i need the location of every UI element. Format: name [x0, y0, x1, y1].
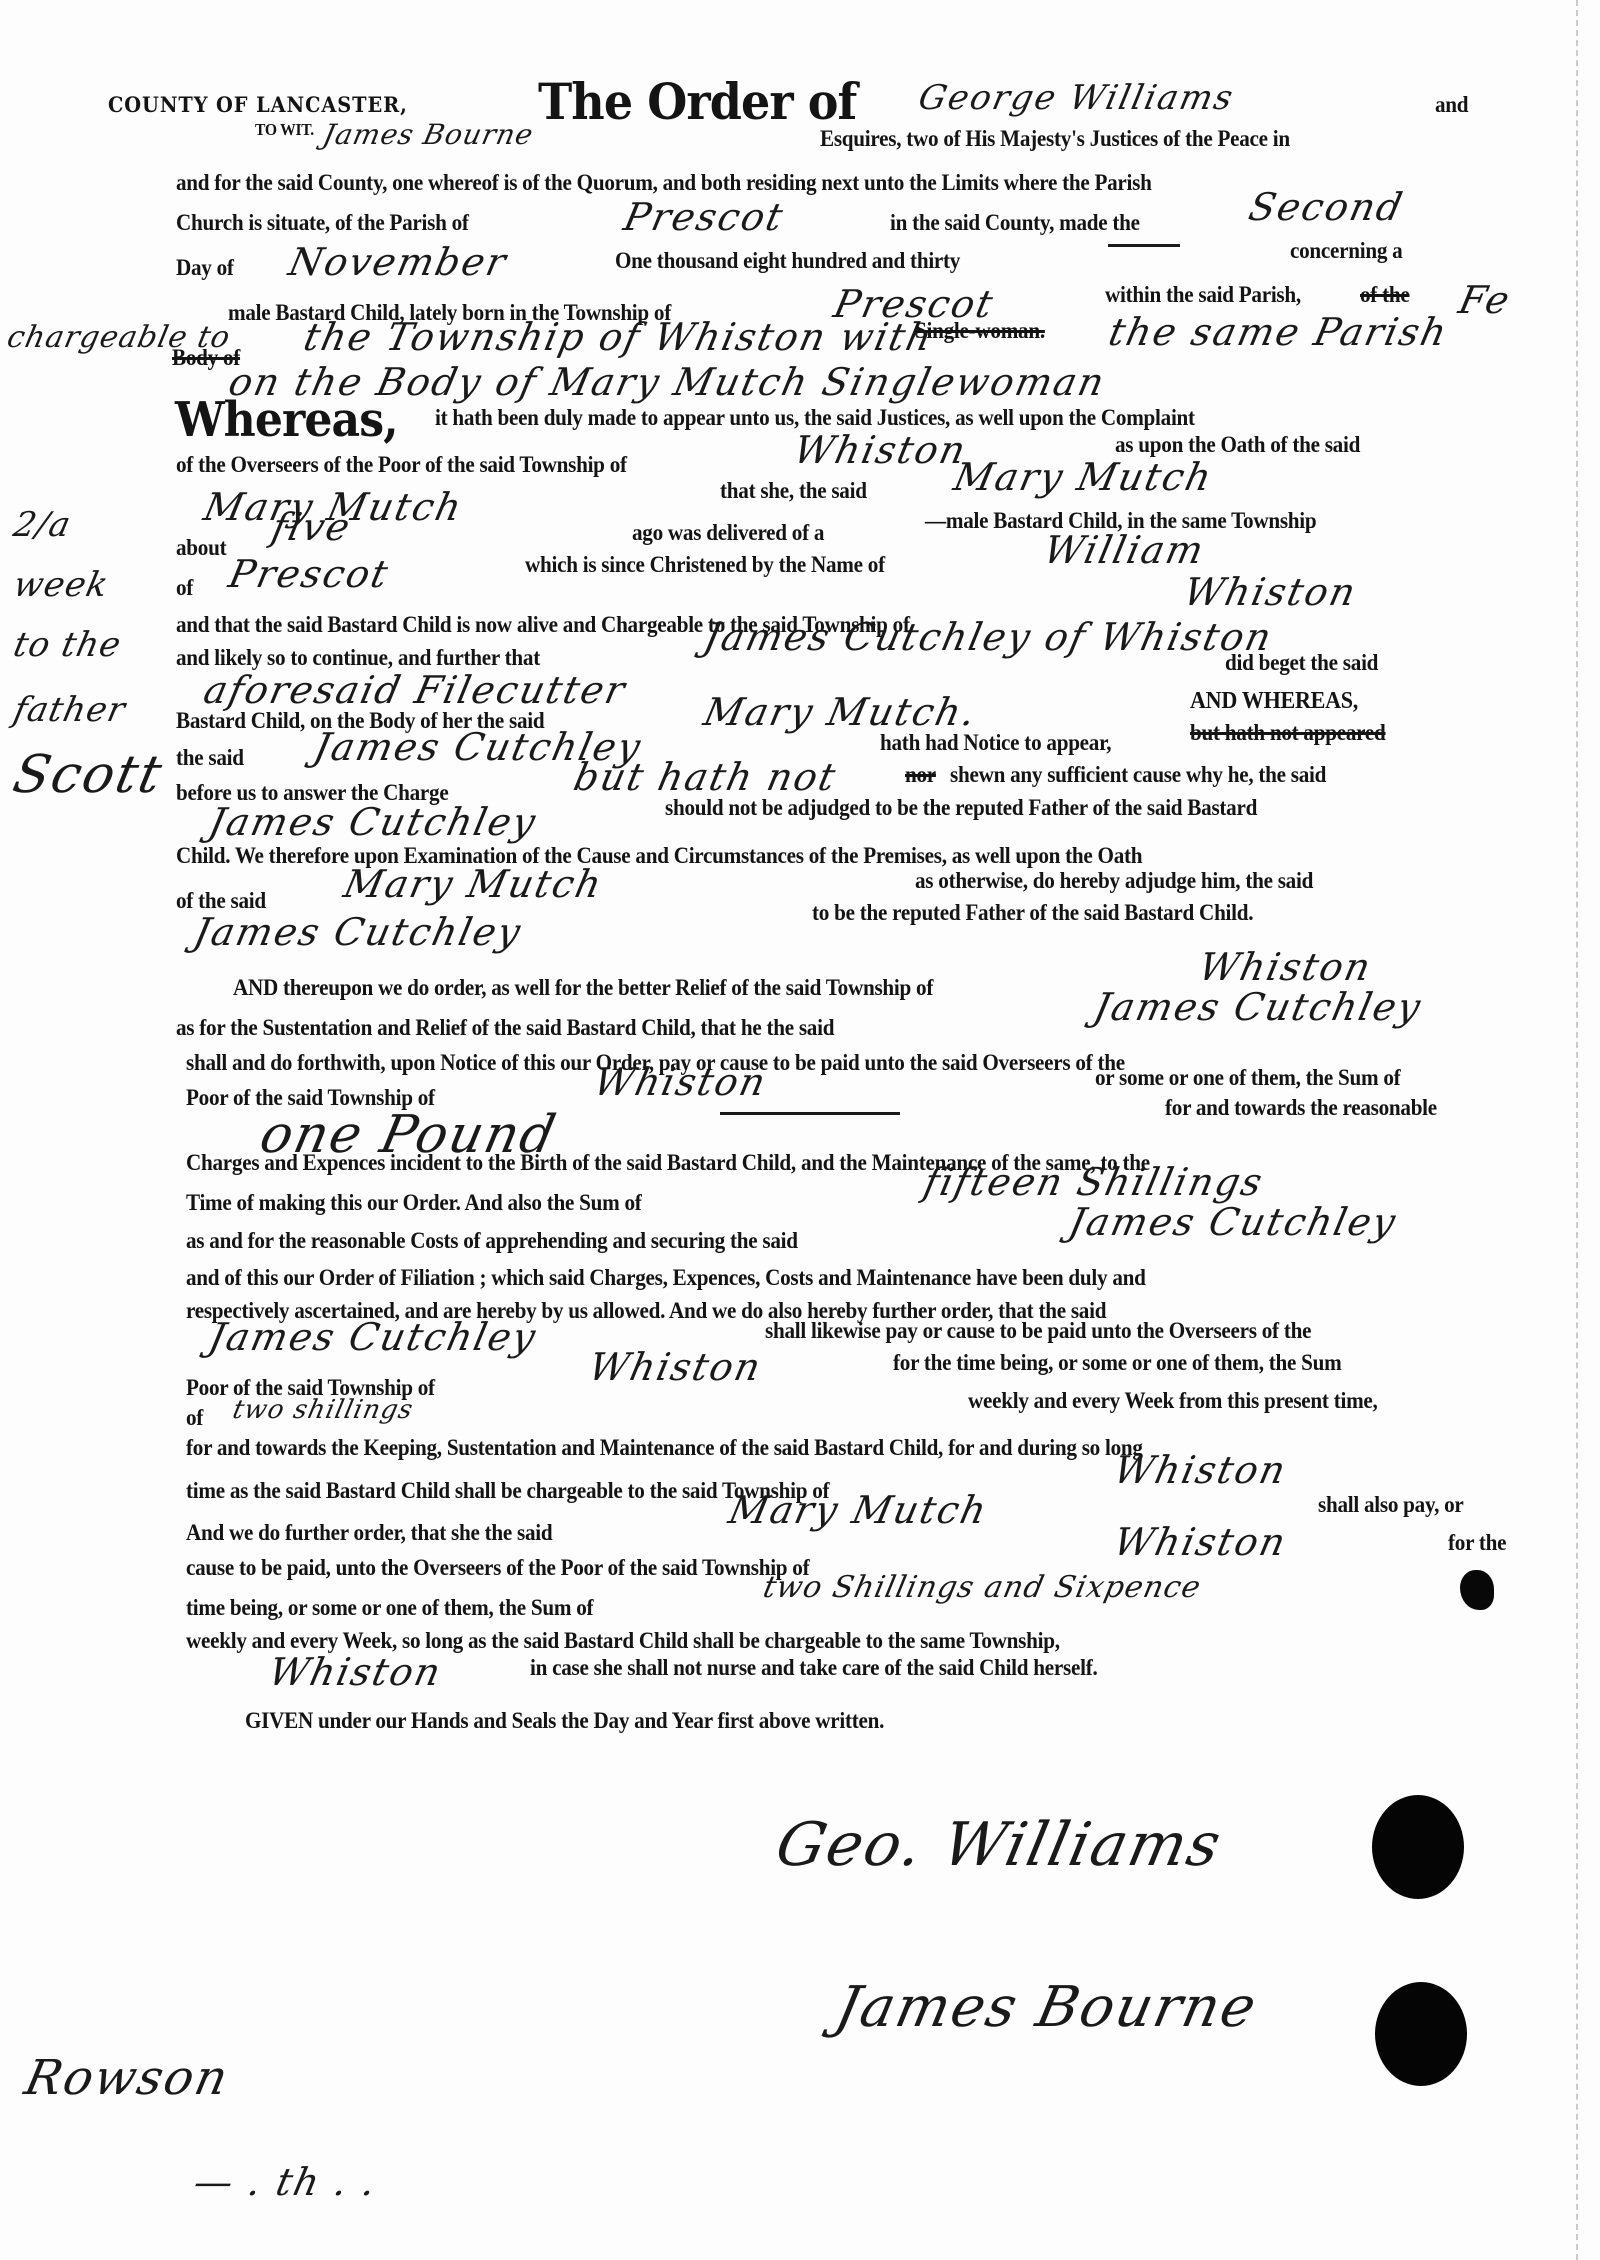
day-handwritten: Second	[1245, 185, 1408, 229]
mother-2-handwritten: Mary Mutch	[950, 455, 1217, 499]
weekly-sum-handwritten: two shillings	[230, 1395, 416, 1425]
line-3a: Church is situate, of the Parish of	[176, 210, 469, 236]
township-last-handwritten: Whiston	[265, 1650, 446, 1694]
line-33b: for the time being, or some or one of th…	[893, 1350, 1341, 1376]
father-6-handwritten: James Cutchley	[1065, 1200, 1401, 1244]
line-3b: in the said County, made the	[890, 210, 1140, 236]
signature-bottom-left: Rowson	[20, 2050, 234, 2106]
line-22: AND thereupon we do order, as well for t…	[233, 975, 933, 1001]
line-30: and of this our Order of Filiation ; whi…	[186, 1265, 1146, 1291]
child-name-handwritten: William	[1040, 528, 1209, 572]
sex-prefix-handwritten: Fe	[1455, 278, 1515, 322]
struck-of-the: of the	[1360, 282, 1409, 308]
whereas-heading: Whereas,	[175, 392, 398, 448]
line-23: as for the Sustentation and Relief of th…	[176, 1015, 834, 1041]
justice-2-handwritten: James Bourne	[320, 118, 537, 151]
bottom-scrawl: — . th . .	[190, 2160, 382, 2204]
line-32: shall likewise pay or cause to be paid u…	[765, 1318, 1311, 1344]
line-38b: for the	[1448, 1530, 1506, 1556]
margin-note-2: week	[10, 565, 112, 605]
mother-3-handwritten: Mary Mutch.	[700, 690, 981, 734]
line-9: that she, the said	[720, 478, 867, 504]
line-37a: And we do further order, that she the sa…	[186, 1520, 552, 1546]
order-title: The Order of	[538, 72, 856, 131]
and-text: and	[1435, 92, 1468, 118]
father-7-handwritten: James Cutchley	[205, 1315, 541, 1359]
line-14: did beget the said	[1225, 650, 1378, 676]
insert-1-handwritten: the Township of Whiston with	[300, 315, 938, 359]
page-edge	[1574, 0, 1578, 2260]
mother-5-handwritten: Mary Mutch	[725, 1488, 992, 1532]
father-1-handwritten: James Cutchley of Whiston	[700, 615, 1277, 659]
line-35: for and towards the Keeping, Sustentatio…	[186, 1435, 1143, 1461]
line-4a: Day of	[176, 255, 234, 281]
line-38a: cause to be paid, unto the Overseers of …	[186, 1555, 809, 1581]
father-4-handwritten: James Cutchley	[190, 910, 526, 954]
signature-bourne: James Bourne	[830, 1975, 1263, 2040]
signature-williams: Geo. Williams	[770, 1810, 1228, 1880]
father-5-handwritten: James Cutchley	[1090, 985, 1426, 1029]
justice-1-handwritten: George Williams	[915, 78, 1238, 118]
township-paid-handwritten: Whiston	[590, 1060, 771, 1104]
period-handwritten: five	[268, 505, 356, 549]
wax-seal-2	[1375, 1982, 1467, 2086]
margin-note-4: father	[10, 690, 129, 730]
insert-2-handwritten: the same Parish	[1105, 310, 1452, 354]
line-16b: hath had Notice to appear,	[880, 730, 1111, 756]
township-relief-handwritten: Whiston	[1195, 945, 1376, 989]
struck-not-appeared: but hath not appeared	[1190, 720, 1385, 746]
line-5b: within the said Parish,	[1105, 282, 1301, 308]
margin-note-1: 2/a	[10, 505, 75, 545]
county-heading: COUNTY OF LANCASTER,	[108, 92, 408, 117]
line-4c: concerning a	[1290, 238, 1402, 264]
line-8a: of the Overseers of the Poor of the said…	[176, 452, 627, 478]
line-29: as and for the reasonable Costs of appre…	[186, 1228, 798, 1254]
line-21: to be the reputed Father of the said Bas…	[812, 900, 1253, 926]
chargeable-township-handwritten: Whiston	[1180, 570, 1361, 614]
line-16a: the said	[176, 745, 244, 771]
line-19: Child. We therefore upon Examination of …	[176, 843, 1142, 869]
to-wit-label: TO WIT.	[255, 120, 314, 140]
line-10a: about	[176, 535, 226, 561]
line-26: for and towards the reasonable	[1165, 1095, 1437, 1121]
born-in-handwritten: Prescot	[225, 552, 394, 596]
margin-note-5: Scott	[8, 745, 169, 805]
filiation-order-document: COUNTY OF LANCASTER, TO WIT. The Order o…	[0, 0, 1600, 2260]
line-20b: as otherwise, do hereby adjudge him, the…	[915, 868, 1313, 894]
ink-blot	[1460, 1570, 1494, 1610]
township-overseers-handwritten: Whiston	[790, 428, 971, 472]
parish-handwritten: Prescot	[620, 195, 789, 239]
line-41: in case she shall not nurse and take car…	[530, 1655, 1097, 1681]
dash-mark	[720, 1112, 900, 1115]
line-39: time being, or some or one of them, the …	[186, 1595, 593, 1621]
line-11b: which is since Christened by the Name of	[525, 552, 885, 578]
line-4b: One thousand eight hundred and thirty	[615, 248, 960, 274]
township-chargeable-handwritten: Whiston	[1110, 1448, 1291, 1492]
line-37b: shall also pay, or	[1318, 1492, 1464, 1518]
father-occupation-handwritten: aforesaid Filecutter	[200, 668, 630, 712]
sum-costs-handwritten: fifteen Shillings	[920, 1160, 1268, 1204]
township-mother-handwritten: Whiston	[1110, 1520, 1291, 1564]
father-3-handwritten: James Cutchley	[205, 800, 541, 844]
hath-not-handwritten: but hath not	[570, 755, 841, 799]
township-weekly-handwritten: Whiston	[585, 1345, 766, 1389]
line-15b: AND WHEREAS,	[1190, 688, 1358, 715]
dash-mark	[1108, 244, 1180, 247]
line-1: Esquires, two of His Majesty's Justices …	[820, 126, 1290, 152]
line-34a: of	[186, 1405, 203, 1431]
line-11a: of	[176, 575, 193, 601]
line-10b: ago was delivered of a	[632, 520, 824, 546]
struck-nor: nor	[905, 762, 936, 788]
struck-body-of: Body of	[172, 345, 240, 371]
line-2: and for the said County, one whereof is …	[176, 170, 1152, 196]
struck-single-woman: Single-woman.	[915, 318, 1045, 344]
wax-seal-1	[1372, 1795, 1464, 1899]
month-handwritten: November	[285, 240, 511, 284]
line-18: should not be adjudged to be the reputed…	[665, 795, 1257, 821]
line-17b: shewn any sufficient cause why he, the s…	[950, 762, 1326, 788]
margin-note-3: to the	[10, 625, 125, 665]
given-line: GIVEN under our Hands and Seals the Day …	[245, 1708, 884, 1734]
line-28: Time of making this our Order. And also …	[186, 1190, 642, 1216]
mother-weekly-sum-handwritten: two Shillings and Sixpence	[760, 1570, 1204, 1605]
line-25b: or some or one of them, the Sum of	[1095, 1065, 1400, 1091]
line-34b: weekly and every Week from this present …	[968, 1388, 1378, 1414]
mother-4-handwritten: Mary Mutch	[340, 862, 607, 906]
